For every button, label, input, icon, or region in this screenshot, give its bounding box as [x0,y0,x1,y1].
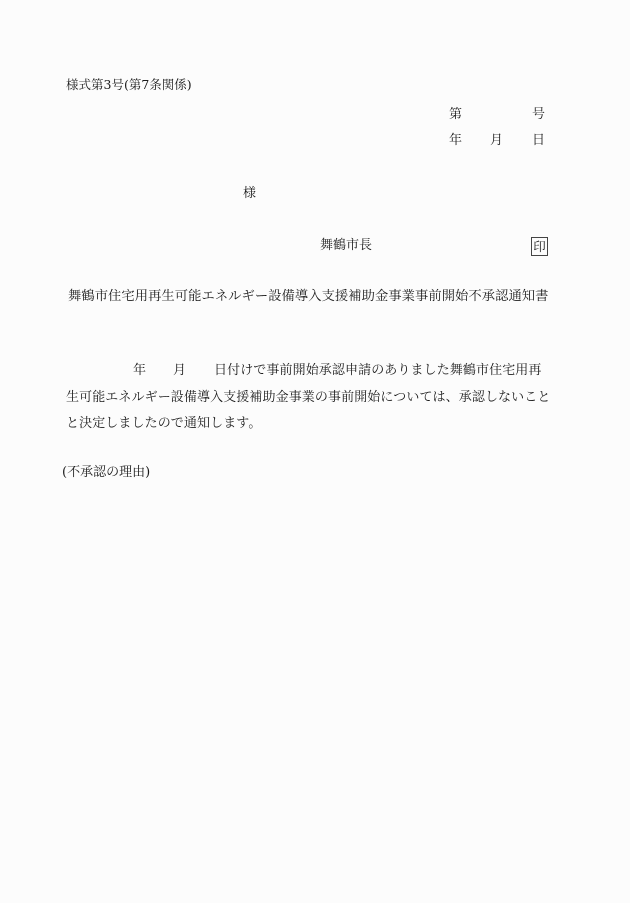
body-month-label: 月 [173,363,186,379]
document-title: 舞鶴市住宅用再生可能エネルギー設備導入支援補助金事業事前開始不承認通知書 [68,289,549,305]
body-year-label: 年 [133,363,146,379]
reference-number-prefix: 第 [449,107,462,123]
seal-stamp-icon: 印 [531,237,548,256]
date-year-label: 年 [449,133,462,149]
reference-number-suffix: 号 [532,107,545,123]
date-day-label: 日 [532,133,545,149]
form-number: 様式第3号(第7条関係) [66,77,192,93]
reason-label: (不承認の理由) [62,465,150,481]
date-month-label: 月 [490,133,503,149]
body-line-3: と決定しましたので通知します。 [66,416,261,432]
issuer-title: 舞鶴市長 [320,238,372,254]
body-line-2: 生可能エネルギー設備導入支援補助金事業の事前開始については、承認しないこと [66,390,550,406]
addressee-honorific: 様 [243,186,256,202]
body-line-1: 日付けで事前開始承認申請のありました舞鶴市住宅用再 [214,363,542,379]
